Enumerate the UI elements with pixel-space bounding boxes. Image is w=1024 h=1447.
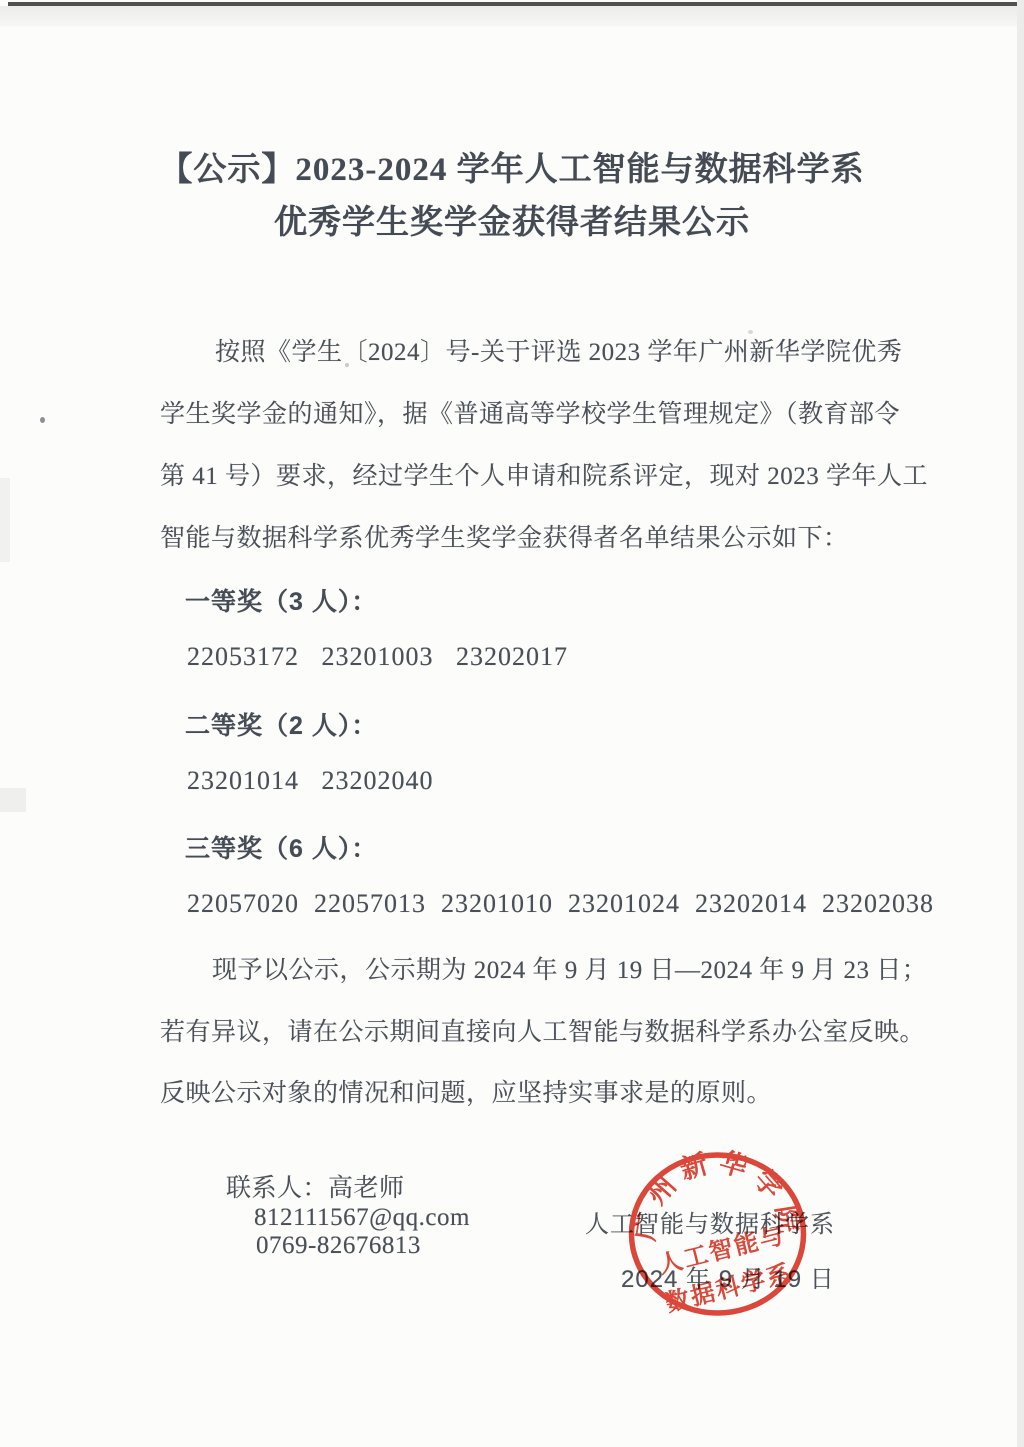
intro-line: 按照《学生〔2024〕号-关于评选 2023 学年广州新华学院优秀 xyxy=(215,332,902,368)
intro-line: 第 41 号）要求，经过学生个人申请和院系评定，现对 2023 学年人工 xyxy=(160,456,928,492)
scan-speck xyxy=(40,417,45,423)
closing-line: 反映公示对象的情况和问题，应坚持实事求是的原则。 xyxy=(160,1073,772,1109)
scan-right-edge xyxy=(1017,0,1024,1447)
contact-phone: 0769-82676813 xyxy=(256,1232,421,1259)
award-heading-second-prize: 二等奖（2 人）： xyxy=(185,706,377,742)
student-id-list-first-prize: 22053172 23201003 23202017 xyxy=(187,642,568,672)
page-title-line-2: 优秀学生奖学金获得者结果公示 xyxy=(12,196,1012,243)
student-id-list-third-prize: 22057020 22057013 23201010 23201024 2320… xyxy=(187,889,934,919)
scanned-announcement-page: 【公示】2023-2024 学年人工智能与数据科学系 优秀学生奖学金获得者结果公… xyxy=(0,0,1024,1447)
page-title-line-1: 【公示】2023-2024 学年人工智能与数据科学系 xyxy=(12,143,1012,190)
intro-line: 智能与数据科学系优秀学生奖学金获得者名单结果公示如下： xyxy=(160,518,849,554)
scan-edge-line xyxy=(8,2,1024,6)
student-id-list-second-prize: 23201014 23202040 xyxy=(187,766,434,796)
intro-line: 学生奖学金的通知》，据《普通高等学校学生管理规定》（教育部令 xyxy=(160,394,900,430)
contact-email: 812111567@qq.com xyxy=(254,1204,470,1231)
scan-smudge xyxy=(0,788,26,812)
award-heading-third-prize: 三等奖（6 人）： xyxy=(185,829,377,865)
signature-date: 2024 年 9 月 19 日 xyxy=(621,1259,835,1294)
contact-person: 联系人：高老师 xyxy=(226,1175,405,1202)
contact-line: 联系人：高老师 812111567@qq.com 0769-82676813 xyxy=(199,1140,470,1288)
closing-line: 现予以公示，公示期为 2024 年 9 月 19 日—2024 年 9 月 23… xyxy=(212,950,927,986)
scan-smudge xyxy=(0,478,10,562)
award-heading-first-prize: 一等奖（3 人）： xyxy=(185,582,377,618)
signature-department: 人工智能与数据科学系 xyxy=(585,1204,835,1239)
scan-edge-shadow xyxy=(0,6,1024,26)
closing-line: 若有异议，请在公示期间直接向人工智能与数据科学系办公室反映。 xyxy=(160,1012,925,1048)
